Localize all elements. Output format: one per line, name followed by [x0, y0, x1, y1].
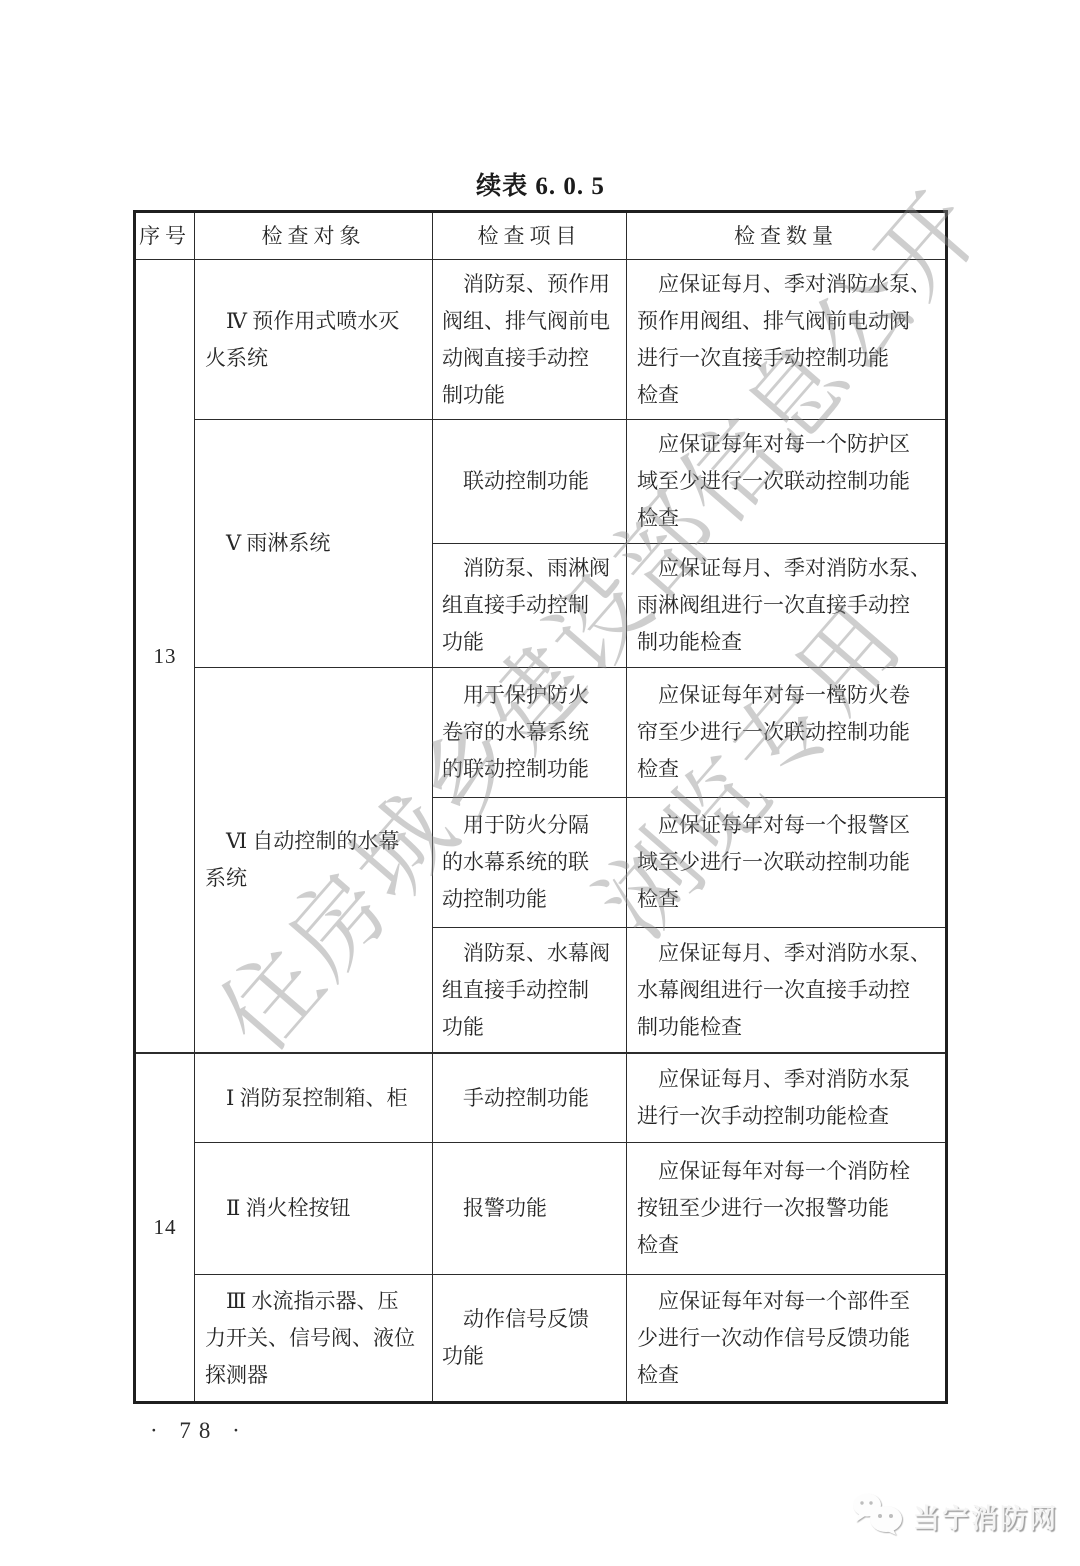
cell-line: Ⅰ 消防泵控制箱、柜 — [205, 1080, 422, 1117]
header-serial: 序号 — [136, 213, 195, 260]
cell-item-wc-manual: 消防泵、水幕阀 组直接手动控制 功能 — [433, 928, 627, 1053]
cell-line: 应保证每年对每一个报警区 — [637, 807, 935, 844]
cell-quantity-wc-partition: 应保证每年对每一个报警区 域至少进行一次联动控制功能 检查 — [627, 798, 945, 928]
cell-line: 进行一次直接手动控制功能 — [637, 340, 935, 377]
cell-object-deluge: Ⅴ 雨淋系统 — [195, 420, 433, 668]
cell-line: 用于保护防火 — [442, 677, 617, 714]
cell-line: Ⅵ 自动控制的水幕 — [205, 823, 422, 860]
document-page: 续表 6. 0. 5 序号 检查对象 检查项目 检查数量 13 14 Ⅳ 预作用… — [0, 0, 1080, 1566]
cell-line: 力开关、信号阀、液位 — [205, 1320, 422, 1357]
cell-line: 检查 — [637, 1227, 935, 1264]
cell-line: 应保证每年对每一个消防栓 — [637, 1153, 935, 1190]
cell-item-flow-indicator: 动作信号反馈 功能 — [433, 1275, 627, 1401]
cell-line: 应保证每月、季对消防水泵 — [637, 1061, 935, 1098]
cell-line: 动作信号反馈 — [442, 1301, 617, 1338]
cell-item-deluge-manual: 消防泵、雨淋阀 组直接手动控制 功能 — [433, 544, 627, 668]
cell-line: 应保证每月、季对消防水泵、 — [637, 266, 935, 303]
cell-line: 功能 — [442, 1009, 617, 1046]
cell-line: 检查 — [637, 377, 935, 414]
cell-line: 联动控制功能 — [442, 463, 617, 500]
cell-line: 功能 — [442, 624, 617, 661]
cell-line: 消防泵、雨淋阀 — [442, 550, 617, 587]
cell-line: 用于防火分隔 — [442, 807, 617, 844]
cell-object-flow-indicator: Ⅲ 水流指示器、压 力开关、信号阀、液位 探测器 — [195, 1275, 433, 1401]
cell-object-watercurtain: Ⅵ 自动控制的水幕 系统 — [195, 668, 433, 1053]
cell-line: 功能 — [442, 1338, 617, 1375]
cell-line: 制功能检查 — [637, 624, 935, 661]
cell-line: 系统 — [205, 860, 422, 897]
cell-quantity-flow-indicator: 应保证每年对每一个部件至 少进行一次动作信号反馈功能 检查 — [627, 1275, 945, 1401]
cell-quantity-deluge-manual: 应保证每月、季对消防水泵、 雨淋阀组进行一次直接手动控 制功能检查 — [627, 544, 945, 668]
cell-line: 预作用阀组、排气阀前电动阀 — [637, 303, 935, 340]
cell-line: 检查 — [637, 500, 935, 537]
cell-line: 制功能 — [442, 377, 617, 414]
cell-line: 动控制功能 — [442, 881, 617, 918]
cell-line: 消防泵、水幕阀 — [442, 935, 617, 972]
cell-line: Ⅳ 预作用式喷水灭 — [205, 303, 422, 340]
cell-line: 手动控制功能 — [442, 1080, 617, 1117]
cell-line: 少进行一次动作信号反馈功能 — [637, 1320, 935, 1357]
chat-bubbles-icon — [851, 1492, 905, 1541]
cell-line: Ⅱ 消火栓按钮 — [205, 1190, 422, 1227]
inspection-table: 序号 检查对象 检查项目 检查数量 13 14 Ⅳ 预作用式喷水灭 火系统 消防… — [133, 210, 948, 1404]
cell-object-hydrant-button: Ⅱ 消火栓按钮 — [195, 1143, 433, 1275]
header-object: 检查对象 — [195, 213, 433, 260]
header-quantity: 检查数量 — [627, 213, 945, 260]
cell-line: 雨淋阀组进行一次直接手动控 — [637, 587, 935, 624]
cell-object-preaction: Ⅳ 预作用式喷水灭 火系统 — [195, 260, 433, 420]
cell-line: 组直接手动控制 — [442, 587, 617, 624]
cell-line: 的联动控制功能 — [442, 751, 617, 788]
cell-quantity-deluge-linkage: 应保证每年对每一个防护区 域至少进行一次联动控制功能 检查 — [627, 420, 945, 544]
cell-item-pump-cabinet: 手动控制功能 — [433, 1053, 627, 1143]
cell-quantity-wc-manual: 应保证每月、季对消防水泵、 水幕阀组进行一次直接手动控 制功能检查 — [627, 928, 945, 1053]
site-logo: 当宁消防网 — [851, 1492, 1058, 1541]
cell-line: 报警功能 — [442, 1190, 617, 1227]
cell-item-deluge-linkage: 联动控制功能 — [433, 420, 627, 544]
cell-item-wc-partition: 用于防火分隔 的水幕系统的联 动控制功能 — [433, 798, 627, 928]
cell-serial-13: 13 — [136, 260, 195, 1053]
cell-line: 制功能检查 — [637, 1009, 935, 1046]
cell-line: 应保证每年对每一个防护区 — [637, 426, 935, 463]
cell-line: 的水幕系统的联 — [442, 844, 617, 881]
cell-quantity-pump-cabinet: 应保证每月、季对消防水泵 进行一次手动控制功能检查 — [627, 1053, 945, 1143]
cell-item-hydrant-button: 报警功能 — [433, 1143, 627, 1275]
table-title: 续表 6. 0. 5 — [133, 166, 948, 202]
cell-line: 检查 — [637, 881, 935, 918]
cell-line: 应保证每年对每一樘防火卷 — [637, 677, 935, 714]
cell-line: 水幕阀组进行一次直接手动控 — [637, 972, 935, 1009]
cell-line: 探测器 — [205, 1357, 422, 1394]
cell-line: 阀组、排气阀前电 — [442, 303, 617, 340]
cell-line: 检查 — [637, 1357, 935, 1394]
cell-line: 域至少进行一次联动控制功能 — [637, 844, 935, 881]
cell-quantity-preaction: 应保证每月、季对消防水泵、 预作用阀组、排气阀前电动阀 进行一次直接手动控制功能… — [627, 260, 945, 420]
cell-line: 应保证每月、季对消防水泵、 — [637, 935, 935, 972]
cell-line: 应保证每年对每一个部件至 — [637, 1283, 935, 1320]
cell-quantity-hydrant-button: 应保证每年对每一个消防栓 按钮至少进行一次报警功能 检查 — [627, 1143, 945, 1275]
cell-line: Ⅴ 雨淋系统 — [205, 525, 422, 562]
cell-object-pump-cabinet: Ⅰ 消防泵控制箱、柜 — [195, 1053, 433, 1143]
cell-line: 动阀直接手动控 — [442, 340, 617, 377]
cell-line: 进行一次手动控制功能检查 — [637, 1098, 935, 1135]
header-item: 检查项目 — [433, 213, 627, 260]
site-logo-text: 当宁消防网 — [913, 1497, 1058, 1536]
cell-line: 消防泵、预作用 — [442, 266, 617, 303]
cell-serial-14: 14 — [136, 1053, 195, 1401]
cell-line: 卷帘的水幕系统 — [442, 714, 617, 751]
cell-line: 组直接手动控制 — [442, 972, 617, 1009]
cell-line: 检查 — [637, 751, 935, 788]
cell-line: 域至少进行一次联动控制功能 — [637, 463, 935, 500]
cell-item-wc-shutter: 用于保护防火 卷帘的水幕系统 的联动控制功能 — [433, 668, 627, 798]
cell-quantity-wc-shutter: 应保证每年对每一樘防火卷 帘至少进行一次联动控制功能 检查 — [627, 668, 945, 798]
cell-line: Ⅲ 水流指示器、压 — [205, 1283, 422, 1320]
cell-item-preaction: 消防泵、预作用 阀组、排气阀前电 动阀直接手动控 制功能 — [433, 260, 627, 420]
cell-line: 帘至少进行一次联动控制功能 — [637, 714, 935, 751]
cell-line: 火系统 — [205, 340, 422, 377]
cell-line: 按钮至少进行一次报警功能 — [637, 1190, 935, 1227]
page-number: · 78 · — [150, 1418, 248, 1444]
cell-line: 应保证每月、季对消防水泵、 — [637, 550, 935, 587]
